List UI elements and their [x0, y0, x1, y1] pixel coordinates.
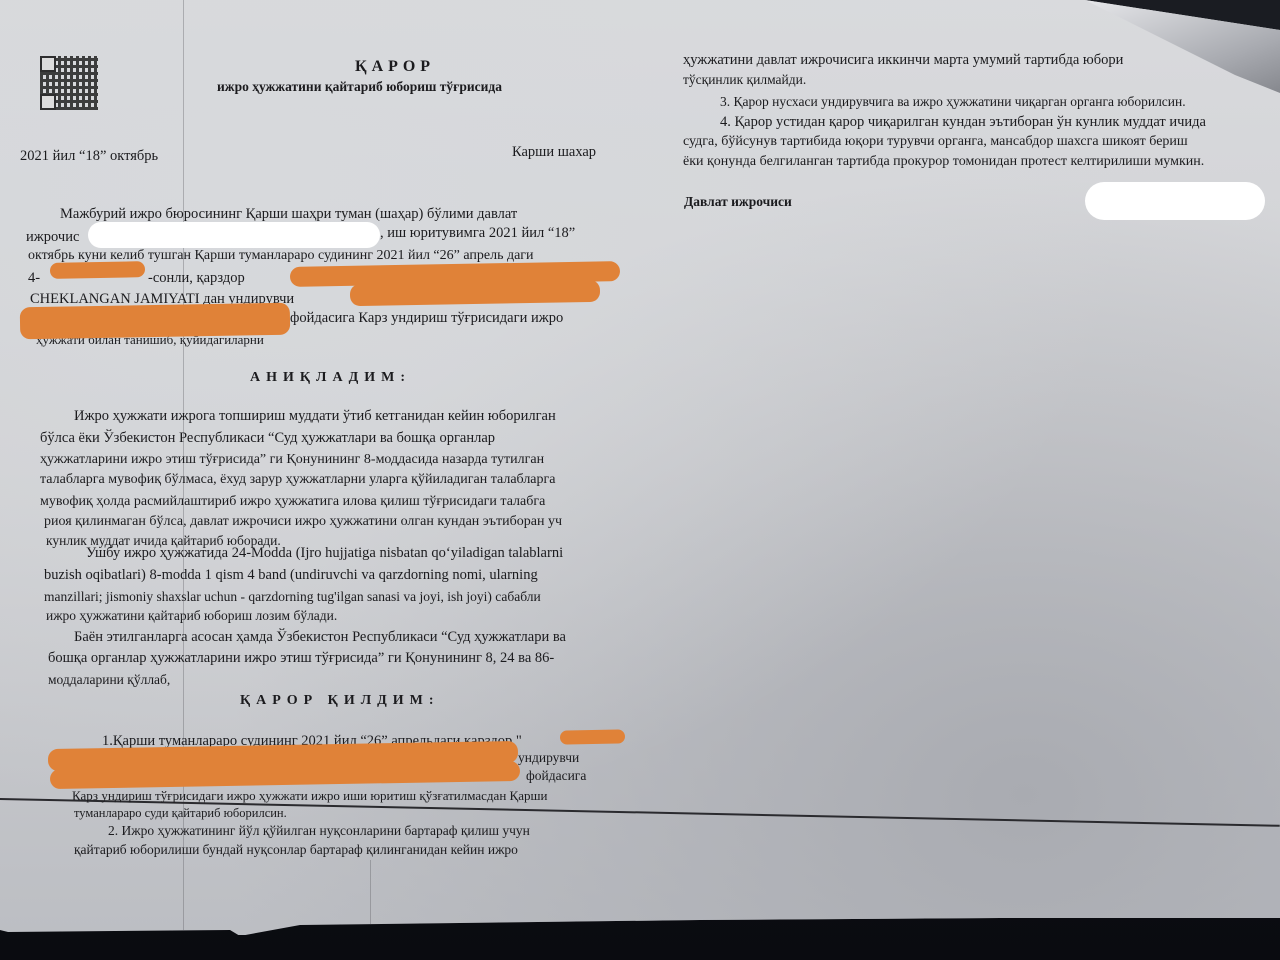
decision-line: фойдасига [526, 768, 586, 784]
document-title: ҚАРОР [355, 58, 435, 76]
intro-line: ижрочис [26, 229, 79, 246]
redaction-mark [560, 729, 625, 744]
intro-line: Мажбурий ижро бюросининг Қарши шаҳри тум… [60, 206, 517, 223]
paragraph-line: ижро ҳужжатини қайтариб юбориш лозим бўл… [46, 608, 337, 624]
intro-line: 4- [28, 270, 40, 287]
right-column-line: ёки қонунда белгиланган тартибда прокуро… [683, 154, 1204, 170]
paragraph-line: manzillari; jismoniy shaxslar uchun - qa… [44, 589, 541, 605]
right-column-line: тўсқинлик қилмайди. [683, 72, 806, 88]
document-page: ҚАРОР ижро ҳужжатини қайтариб юбориш тўғ… [0, 0, 1280, 935]
redaction-mark [20, 303, 291, 340]
decision-line: қайтариб юборилиши бундай нуқсонлар барт… [74, 842, 518, 858]
redaction-mark [50, 261, 145, 279]
right-column-line: судга, бўйсунув тартибида юқори турувчи … [683, 134, 1188, 150]
redaction-mark [1085, 182, 1265, 220]
paragraph-line: buzish oqibatlari) 8-modda 1 qism 4 band… [44, 567, 538, 584]
right-column-line: 3. Қарор нусхаси ундирувчига ва ижро ҳуж… [720, 94, 1186, 110]
paragraph-line: бўлса ёки Ўзбекистон Республикаси “Суд ҳ… [40, 430, 495, 447]
paragraph-line: мувофиқ ҳолда расмийлаштириб ижро ҳужжат… [40, 494, 545, 510]
decision-line: ундирувчи [518, 750, 579, 766]
document-date: 2021 йил “18” октябрь [20, 148, 158, 165]
document-subtitle: ижро ҳужжатини қайтариб юбориш тўғрисида [217, 79, 502, 95]
intro-line: , иш юритувимга 2021 йил “18” [380, 225, 575, 242]
decision-line: 2. Ижро ҳужжатининг йўл қўйилган нуқсонл… [108, 823, 530, 839]
qr-code-icon [40, 56, 98, 110]
paragraph-line: талабларга мувофиқ бўлмаса, ёхуд зарур ҳ… [40, 472, 555, 488]
decision-line: Карз ундириш тўғрисидаги ижро ҳужжати иж… [72, 788, 547, 804]
right-column-line: ҳужжатини давлат ижрочисига иккинчи март… [683, 52, 1123, 69]
redaction-mark [88, 222, 380, 248]
paragraph-line: бошқа органлар ҳужжатларини ижро этиш тў… [48, 650, 554, 667]
paper-fold [370, 860, 371, 930]
paragraph-line: моддаларини қўллаб, [48, 672, 170, 688]
right-column-line: 4. Қарор устидан қарор чиқарилган кундан… [720, 114, 1206, 131]
section-heading: ҚАРОР ҚИЛДИМ: [240, 693, 440, 709]
document-city: Карши шахар [512, 144, 596, 161]
paragraph-line: ҳужжатларини ижро этиш тўғрисида” ги Қон… [40, 452, 544, 468]
paragraph-line: риоя қилинмаган бўлса, давлат ижрочиси и… [44, 514, 562, 530]
intro-line: -сонли, қарздор [148, 270, 245, 287]
redaction-mark [350, 280, 600, 306]
decision-line: туманлараро суди қайтариб юборилсин. [74, 806, 287, 821]
section-heading: АНИҚЛАДИМ: [250, 370, 411, 386]
paragraph-line: Баён этилганларга асосан ҳамда Ўзбекисто… [74, 629, 566, 646]
signature-label: Давлат ижрочиси [684, 194, 792, 210]
paragraph-line: Ушбу ижро ҳужжатида 24-Modda (Ijro hujja… [86, 545, 563, 562]
paragraph-line: Ижро ҳужжати ижрога топшириш муддати ўти… [74, 408, 556, 425]
intro-line: фойдасига Карз ундириш тўғрисидаги ижро [290, 310, 563, 327]
